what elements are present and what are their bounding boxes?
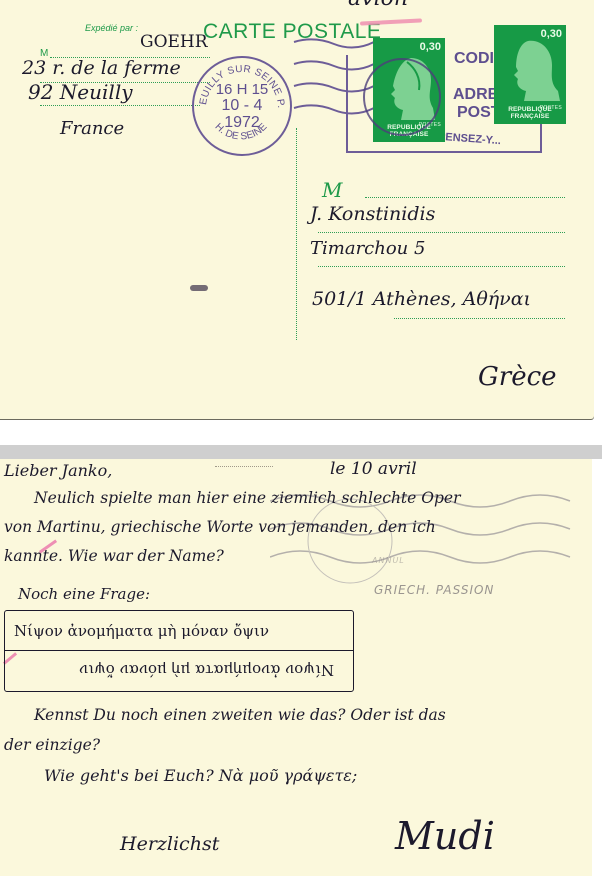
recipient-city: 501/1 Athènes, Αθήναι <box>312 288 531 310</box>
image-separator <box>0 445 602 459</box>
pencil-note: GRIECH. PASSION <box>374 583 494 597</box>
letter-line-6: der einzige? <box>4 736 100 754</box>
stamp-1-value: 0,30 <box>420 41 441 53</box>
letter-line-7: Wie geht's bei Euch? Νὰ μοῦ γράψετε; <box>44 766 357 785</box>
postmark-year: 1972 <box>194 115 290 130</box>
sender-label: Expédié par : <box>85 23 138 33</box>
letter-line-5: Kennst Du noch einen zweiten wie das? Od… <box>34 706 446 724</box>
faint-stamp-text: ANNUL <box>372 556 405 565</box>
letter-line-1: Neulich spielte man hier eine ziemlich s… <box>34 489 460 507</box>
sender-city: 92 Neuilly <box>28 80 133 104</box>
letter-greeting: Lieber Janko, <box>4 461 112 480</box>
recipient-line-4 <box>394 318 565 319</box>
ink-smudge <box>190 285 208 291</box>
recipient-line-2 <box>318 232 565 233</box>
airmail-note: avion <box>348 0 408 11</box>
recipient-name: J. Konstinidis <box>310 203 435 225</box>
recipient-street: Timarchou 5 <box>310 238 425 259</box>
letter-line-3: kannte. Wie war der Name? <box>4 547 224 565</box>
greek-line-inverted: Νίψον ἀνομήματα μὴ μόναν ὄψιν <box>79 661 334 679</box>
sender-street: 23 r. de la ferme <box>22 57 181 79</box>
sender-line-3 <box>40 105 200 106</box>
postcard-front: Expédié par : CARTE POSTALE M avion GOEH… <box>0 0 594 419</box>
letter-signature: Mudi <box>395 814 495 858</box>
stamp-1-cancel-ring <box>363 58 441 136</box>
recipient-line-1 <box>365 197 565 198</box>
marianne-portrait-icon <box>504 37 564 103</box>
recipient-m-prefix: M <box>322 178 342 202</box>
letter-closing: Herzlichst <box>120 833 219 855</box>
faint-dotted-mark <box>215 466 273 467</box>
recipient-country: Grèce <box>478 362 557 392</box>
postmark-time: 16 H 15 <box>194 82 290 97</box>
postcard-back: ANNUL Lieber Janko, le 10 avril Neulich … <box>0 459 592 876</box>
sender-name: GOEHR <box>140 32 208 52</box>
stamp-2: 0,30 POSTES REPUBLIQUE FRANÇAISE <box>494 25 566 124</box>
letter-line-2: von Martinu, griechische Worte von jeman… <box>4 518 436 536</box>
letter-date: le 10 avril <box>330 459 417 479</box>
greek-line-upright: Νίψον ἀνομήματα μὴ μόναν ὄψιν <box>14 622 269 640</box>
sender-country: France <box>60 118 124 139</box>
box-divider <box>5 650 353 651</box>
address-divider <box>296 128 297 340</box>
stamp-2-country: REPUBLIQUE FRANÇAISE <box>494 106 566 120</box>
recipient-line-3 <box>318 266 565 267</box>
letter-line-4: Noch eine Frage: <box>18 585 150 603</box>
postmark-date: 10 - 4 <box>194 98 290 113</box>
postmark: 92 NEUILLY SUR SEINE P.PAL H. DE SEINE 1… <box>192 56 292 156</box>
